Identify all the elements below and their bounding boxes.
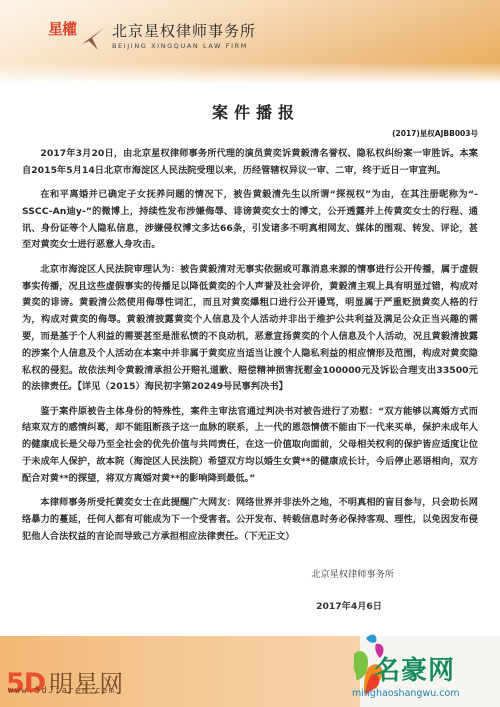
firm-logo: 星權 · · · · 北京星权律师事务所 BEIJING XINGQUAN LA… [48,16,256,56]
firm-name: 北京星权律师事务所 BEIJING XINGQUAN LAW FIRM [112,20,256,50]
logo-mark-text: 星權 [48,18,76,39]
star-icon [78,24,106,52]
paragraph-reminder: 本律师事务所受托黄奕女士在此提醒广大网友：网络世界并非法外之地，不明真相的盲目参… [22,495,478,545]
logo-mark: 星權 · · · · [48,16,98,52]
firm-name-en: BEIJING XINGQUAN LAW FIRM [112,42,256,50]
watermark-minghao-name: 名豪网 [374,650,455,687]
signature-org: 北京星权律师事务所 [0,566,500,580]
paragraph-verdict: 2017年3月20日，由北京星权律师事务所代理的演员黄奕诉黄毅清名誉权、隐私权纠… [22,146,478,180]
watermark-5d-banner: 5D 明星网 [0,636,360,707]
signature-date: 2017年4月6日 [0,598,500,612]
document-body: 2017年3月20日，由北京星权律师事务所代理的演员黄奕诉黄毅清名誉权、隐私权纠… [22,146,478,553]
document-title: 案件播报 [212,100,300,123]
paragraph-court-ruling: 北京市海淀区人民法院审理认为：被告黄毅清对无事实依据或可靠消息来源的情事进行公开… [22,262,478,396]
paragraph-background: 在和平离婚并已确定子女抚养问题的情况下，被告黄毅清先生以所谓“探视权”为由，在其… [22,187,478,254]
paragraph-judge-advice: 鉴于案件原被告主体身份的特殊性，案件主审法官通过判决书对被告进行了劝慰：“双方能… [22,404,478,488]
watermark-5d-url: www.5dJiaren.com [8,686,115,696]
watermark-minghao-url: minghaoshangwu.com [352,688,460,699]
document-number: (2017)星权AJBB003号 [392,128,478,139]
firm-name-cn: 北京星权律师事务所 [112,20,256,41]
